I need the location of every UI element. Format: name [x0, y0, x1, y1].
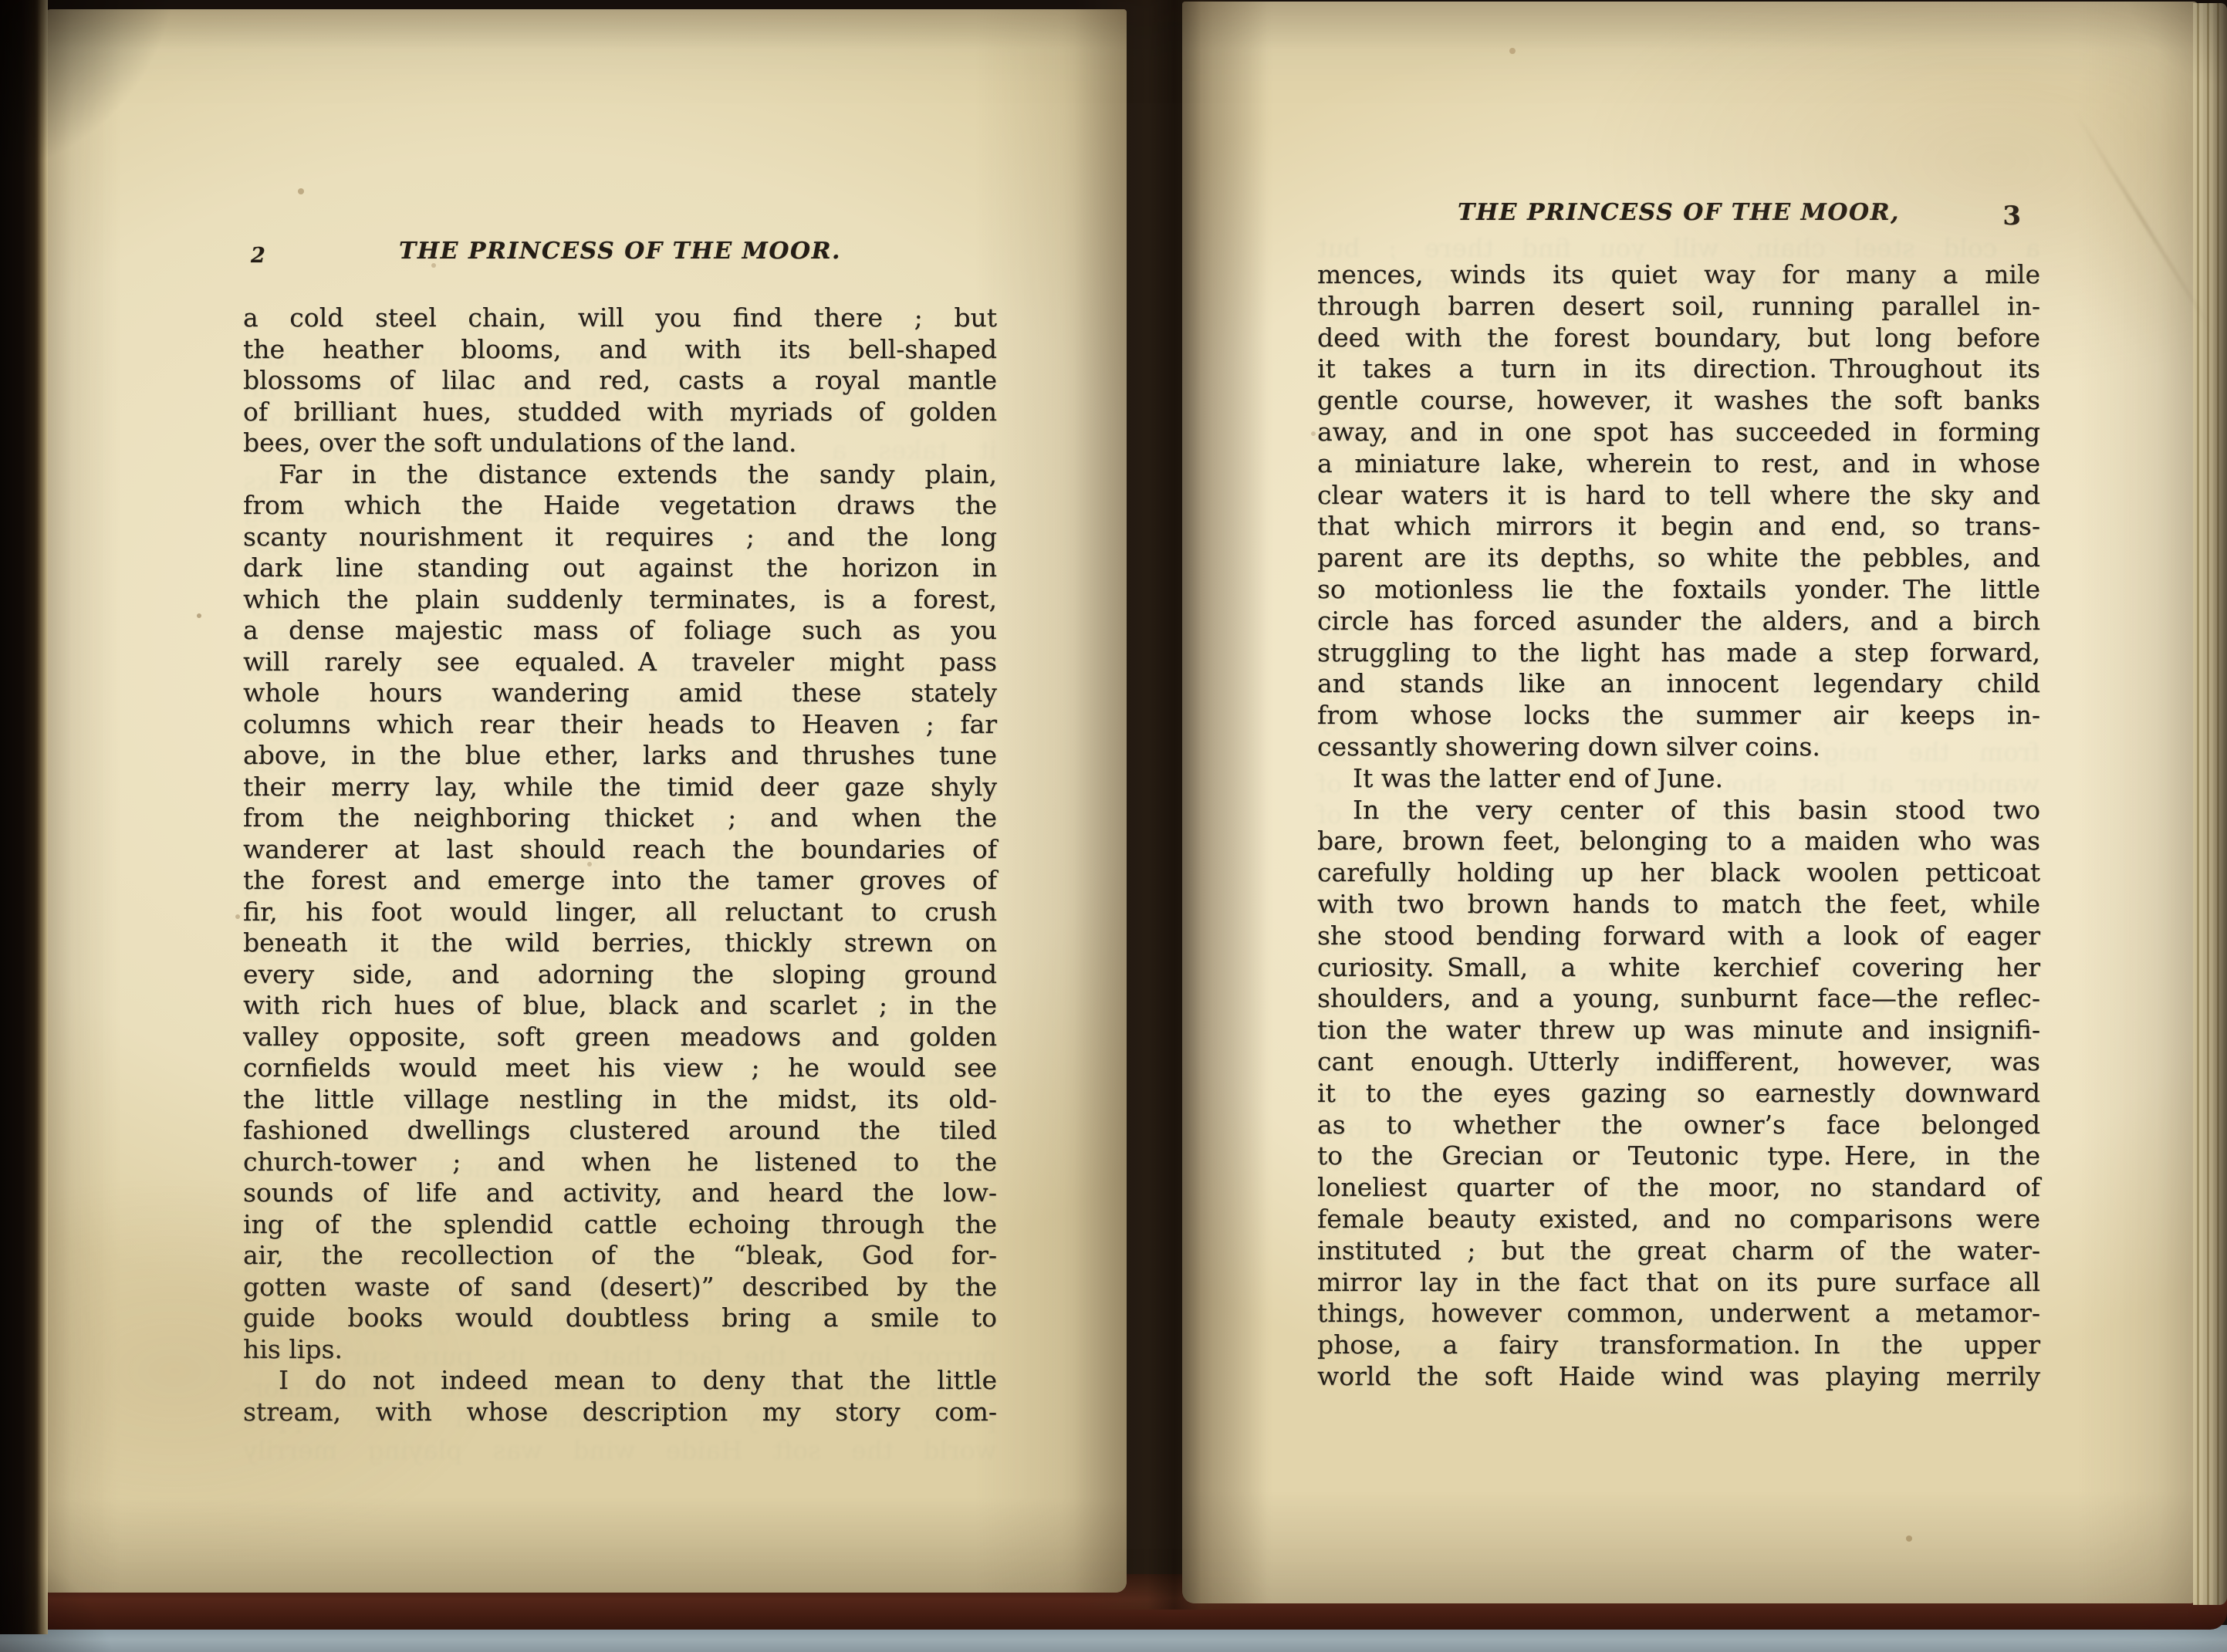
text-line: it takes a turn in its direction. Throug… — [1317, 353, 2040, 385]
text-line: of brilliant hues, studded with myriads … — [243, 397, 997, 428]
text-line: every side, and adorning the sloping gro… — [243, 959, 997, 991]
page-body-text: mences, winds its quiet way for many a m… — [1317, 259, 2040, 1393]
text-line: tion the water threw up was minute and i… — [1317, 1015, 2040, 1046]
text-line: his lips. — [243, 1334, 997, 1366]
text-line: with rich hues of blue, black and scarle… — [243, 990, 997, 1022]
text-line: dark line standing out against the horiz… — [243, 552, 997, 584]
text-line: mences, winds its quiet way for many a m… — [1317, 259, 2040, 291]
text-line: It was the latter end of June. — [1317, 763, 2040, 795]
text-line: from whose locks the summer air keeps in… — [1317, 700, 2040, 731]
text-line: gotten waste of sand (desert)” described… — [243, 1272, 997, 1303]
text-line: fashioned dwellings clustered around the… — [243, 1115, 997, 1147]
text-line: church-tower ; and when he listened to t… — [243, 1147, 997, 1178]
text-line: from the neighboring thicket ; and when … — [243, 802, 997, 834]
text-line: Far in the distance extends the sandy pl… — [243, 459, 997, 491]
text-line: will rarely see equaled. A traveler migh… — [243, 647, 997, 678]
text-line: beneath it the wild berries, thickly str… — [243, 927, 997, 959]
text-line: curiosity. Small, a white kerchief cover… — [1317, 952, 2040, 984]
text-line: through barren desert soil, running para… — [1317, 291, 2040, 323]
page-header: THE PRINCESS OF THE MOOR, 3 — [1317, 199, 2040, 226]
text-line: gentle course, however, it washes the so… — [1317, 385, 2040, 417]
text-line: I do not indeed mean to deny that the li… — [243, 1365, 997, 1397]
running-head: THE PRINCESS OF THE MOOR, — [1317, 199, 2040, 226]
text-line: female beauty existed, and no comparison… — [1317, 1204, 2040, 1235]
text-line: from which the Haide vegetation draws th… — [243, 490, 997, 522]
text-line: blossoms of lilac and red, casts a royal… — [243, 365, 997, 397]
page-stack-right-edge — [2193, 3, 2227, 1605]
text-line: clear waters it is hard to tell where th… — [1317, 480, 2040, 512]
text-line: ing of the splendid cattle echoing throu… — [243, 1209, 997, 1241]
text-line: as to whether the owner’s face belonged — [1317, 1110, 2040, 1141]
book-spine-left-edge — [0, 0, 48, 1634]
text-line: valley opposite, soft green meadows and … — [243, 1022, 997, 1053]
text-line: she stood bending forward with a look of… — [1317, 921, 2040, 952]
text-line: above, in the blue ether, larks and thru… — [243, 740, 997, 772]
text-line: shoulders, and a young, sunburnt face—th… — [1317, 983, 2040, 1015]
text-line: world the soft Haide wind was playing me… — [243, 1435, 997, 1467]
text-line: a miniature lake, wherein to rest, and i… — [1317, 448, 2040, 480]
text-line: air, the recollection of the “bleak, God… — [243, 1240, 997, 1272]
text-line: a cold steel chain, will you find there … — [243, 302, 997, 334]
text-line: stream, with whose description my story … — [243, 1397, 997, 1428]
text-line: the heather blooms, and with its bell-sh… — [243, 334, 997, 366]
text-line: circle has forced asunder the alders, an… — [1317, 606, 2040, 637]
book-page-left: mences, winds its quiet way for many a m… — [45, 9, 1127, 1593]
text-line: cornfields would meet his view ; he woul… — [243, 1052, 997, 1084]
book-page-right: a cold steel chain, will you find there … — [1182, 2, 2199, 1603]
open-book-photo: mences, winds its quiet way for many a m… — [0, 0, 2227, 1652]
text-line: which the plain suddenly terminates, is … — [243, 584, 997, 616]
text-line: In the very center of this basin stood t… — [1317, 795, 2040, 826]
text-line: fir, his foot would linger, all reluctan… — [243, 897, 997, 928]
text-line: bees, over the soft undulations of the l… — [243, 427, 997, 459]
text-line: away, and in one spot has succeeded in f… — [1317, 417, 2040, 448]
text-line: world the soft Haide wind was playing me… — [1317, 1361, 2040, 1393]
text-line: bare, brown feet, belonging to a maiden … — [1317, 826, 2040, 857]
text-line: loneliest quarter of the moor, no standa… — [1317, 1172, 2040, 1204]
text-line: cant enough. Utterly indifferent, howeve… — [1317, 1046, 2040, 1078]
text-line: scanty nourishment it requires ; and the… — [243, 522, 997, 553]
text-line: and stands like an innocent legendary ch… — [1317, 668, 2040, 700]
text-line: wanderer at last should reach the bounda… — [243, 834, 997, 866]
text-line: that which mirrors it begin and end, so … — [1317, 511, 2040, 542]
text-line: it to the eyes gazing so earnestly downw… — [1317, 1078, 2040, 1110]
text-line: carefully holding up her black woolen pe… — [1317, 857, 2040, 889]
page-number: 2 — [251, 244, 265, 268]
text-line: to the Grecian or Teutonic type. Here, i… — [1317, 1140, 2040, 1172]
text-line: the forest and emerge into the tamer gro… — [243, 865, 997, 897]
page-number: 3 — [2002, 201, 2021, 231]
text-line: things, however common, underwent a meta… — [1317, 1298, 2040, 1329]
text-line: phose, a fairy transformation. In the up… — [1317, 1329, 2040, 1361]
text-line: mirror lay in the fact that on its pure … — [1317, 1267, 2040, 1299]
text-line: with two brown hands to match the feet, … — [1317, 889, 2040, 921]
text-line: columns which rear their heads to Heaven… — [243, 709, 997, 741]
text-line: guide books would doubtless bring a smil… — [243, 1302, 997, 1334]
text-line: whole hours wandering amid these stately — [243, 677, 997, 709]
text-line: parent are its depths, so white the pebb… — [1317, 542, 2040, 574]
text-line: cessantly showering down silver coins. — [1317, 731, 2040, 763]
text-line: so motionless lie the foxtails yonder. T… — [1317, 574, 2040, 606]
text-line: a dense majestic mass of foliage such as… — [243, 615, 997, 647]
text-line: deed with the forest boundary, but long … — [1317, 323, 2040, 354]
text-line: struggling to the light has made a step … — [1317, 637, 2040, 669]
text-line: sounds of life and activity, and heard t… — [243, 1177, 997, 1209]
page-header: 2 THE PRINCESS OF THE MOOR. — [243, 238, 997, 265]
text-line: their merry lay, while the timid deer ga… — [243, 772, 997, 803]
text-line: the little village nestling in the midst… — [243, 1084, 997, 1116]
running-head: THE PRINCESS OF THE MOOR. — [243, 238, 997, 265]
page-body-text: a cold steel chain, will you find there … — [243, 302, 997, 1427]
text-line: instituted ; but the great charm of the … — [1317, 1235, 2040, 1267]
